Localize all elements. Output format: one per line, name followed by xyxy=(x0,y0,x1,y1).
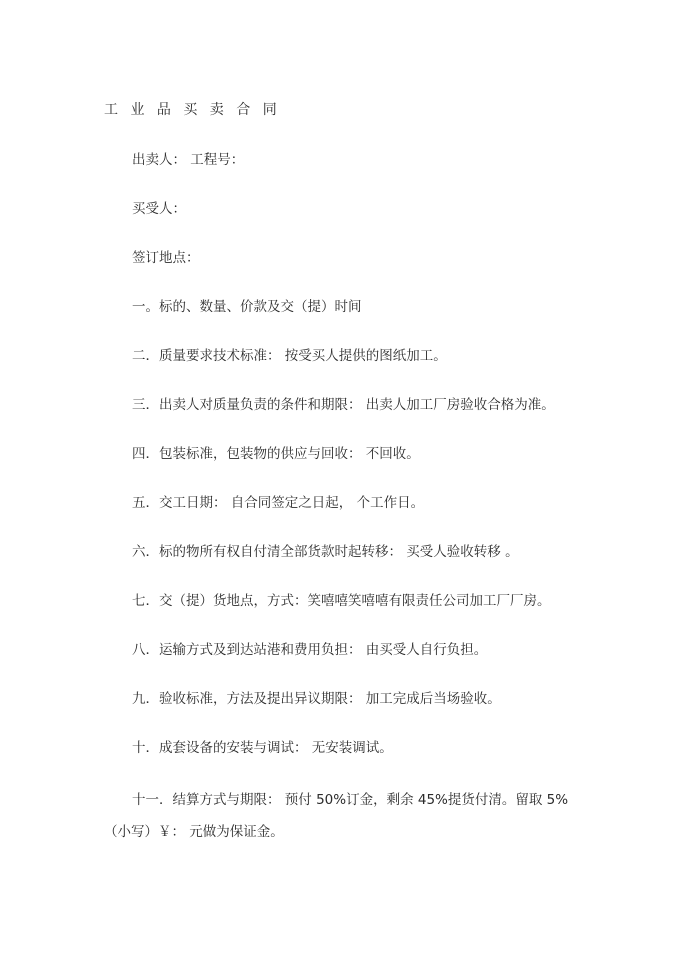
document-page: 工 业 品 买 卖 合 同 出卖人： 工程号： 买受人： 签订地点： 一。标的、… xyxy=(0,0,690,976)
clause-11: 十一．结算方式与期限： 预付 50%订金，剩余 45%提货付清。留取 5%（小写… xyxy=(104,784,590,848)
clause-9: 九．验收标准，方法及提出异议期限： 加工完成后当场验收。 xyxy=(104,683,590,715)
clause-10: 十．成套设备的安装与调试： 无安装调试。 xyxy=(104,732,590,764)
clause-3: 三．出卖人对质量负责的条件和期限： 出卖人加工厂房验收合格为准。 xyxy=(104,389,590,421)
signing-location-field: 签订地点： xyxy=(104,242,590,274)
clause-8: 八．运输方式及到达站港和费用负担： 由买受人自行负担。 xyxy=(104,634,590,666)
clause-4: 四．包装标准，包装物的供应与回收： 不回收。 xyxy=(104,438,590,470)
buyer-field: 买受人： xyxy=(104,193,590,225)
clause-2: 二．质量要求技术标准： 按受买人提供的图纸加工。 xyxy=(104,340,590,372)
document-title: 工 业 品 买 卖 合 同 xyxy=(104,101,281,119)
clause-5: 五．交工日期： 自合同签定之日起， 个工作日。 xyxy=(104,487,590,519)
clause-6: 六．标的物所有权自付清全部货款时起转移： 买受人验收转移 。 xyxy=(104,536,590,568)
clause-1: 一。标的、数量、价款及交（提）时间 xyxy=(104,291,590,323)
clause-7: 七．交（提）货地点，方式：笑嘻嘻笑嘻嘻有限责任公司加工厂厂房。 xyxy=(104,585,590,617)
seller-field: 出卖人： 工程号： xyxy=(104,144,590,176)
